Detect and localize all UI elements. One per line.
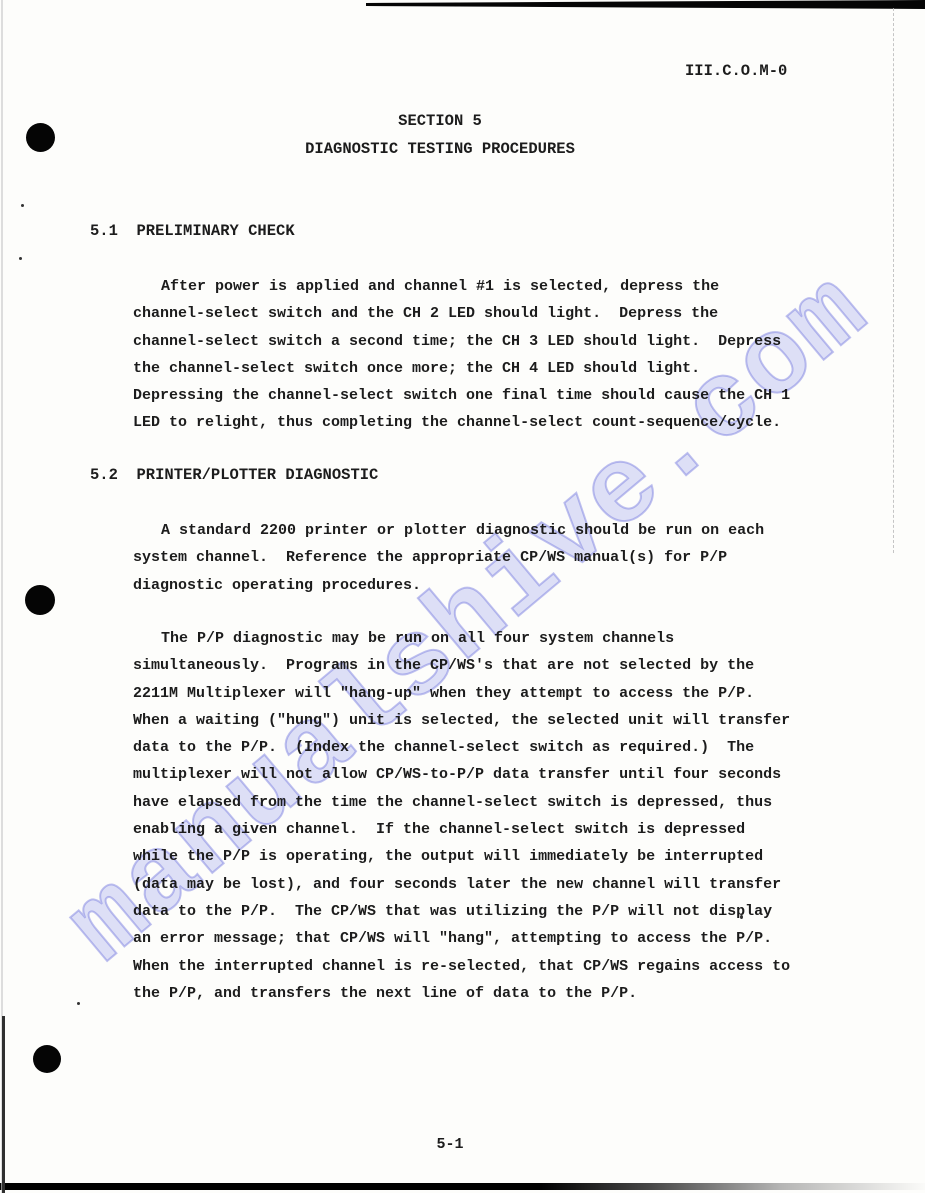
heading-5-1: 5.1 PRELIMINARY CHECK (90, 222, 295, 240)
text-line: After power is applied and channel #1 is… (133, 273, 833, 300)
text-line: the P/P, and transfers the next line of … (133, 980, 833, 1007)
punch-hole-mark (33, 1045, 61, 1073)
scan-speck (19, 257, 22, 260)
paragraph-preliminary-check: After power is applied and channel #1 is… (133, 273, 833, 437)
scanned-manual-page: manualshive.com III.C.O.M-0 SECTION 5 DI… (0, 0, 925, 1193)
scan-edge-left-dark-segment (2, 1016, 5, 1193)
text-line: LED to relight, thus completing the chan… (133, 409, 833, 436)
text-line: diagnostic operating procedures. (133, 572, 833, 599)
section-title-line2: DIAGNOSTIC TESTING PROCEDURES (0, 140, 880, 158)
paragraph-pp-diagnostic-2: The P/P diagnostic may be run on all fou… (133, 625, 833, 1007)
scan-edge-top-bar (0, 0, 925, 12)
text-line: have elapsed from the time the channel-s… (133, 789, 833, 816)
document-reference: III.C.O.M-0 (685, 62, 787, 80)
text-line: data to the P/P. (Index the channel-sele… (133, 734, 833, 761)
scan-edge-left-line (1, 0, 3, 1193)
text-line: channel-select switch and the CH 2 LED s… (133, 300, 833, 327)
scan-speck (77, 1002, 80, 1005)
section-title-line1: SECTION 5 (0, 112, 880, 130)
text-line: 2211M Multiplexer will "hang-up" when th… (133, 680, 833, 707)
text-line: data to the P/P. The CP/WS that was util… (133, 898, 833, 925)
heading-5-2: 5.2 PRINTER/PLOTTER DIAGNOSTIC (90, 466, 378, 484)
text-line: the channel-select switch once more; the… (133, 355, 833, 382)
text-line: Depressing the channel-select switch one… (133, 382, 833, 409)
text-line: (data may be lost), and four seconds lat… (133, 871, 833, 898)
text-line: The P/P diagnostic may be run on all fou… (133, 625, 833, 652)
paragraph-pp-diagnostic-1: A standard 2200 printer or plotter diagn… (133, 517, 833, 599)
text-line: system channel. Reference the appropriat… (133, 544, 833, 571)
text-line: A standard 2200 printer or plotter diagn… (133, 517, 833, 544)
text-line: an error message; that CP/WS will "hang"… (133, 925, 833, 952)
text-line: while the P/P is operating, the output w… (133, 843, 833, 870)
text-line: channel-select switch a second time; the… (133, 328, 833, 355)
text-line: When a waiting ("hung") unit is selected… (133, 707, 833, 734)
punch-hole-mark (25, 585, 55, 615)
text-line: simultaneously. Programs in the CP/WS's … (133, 652, 833, 679)
text-line: multiplexer will not allow CP/WS-to-P/P … (133, 761, 833, 788)
text-line: When the interrupted channel is re-selec… (133, 953, 833, 980)
text-line: enabling a given channel. If the channel… (133, 816, 833, 843)
scan-edge-right-line (893, 8, 894, 553)
page-number: 5-1 (0, 1136, 900, 1153)
scan-speck (21, 204, 24, 207)
scan-edge-bottom-bar (0, 1183, 925, 1190)
